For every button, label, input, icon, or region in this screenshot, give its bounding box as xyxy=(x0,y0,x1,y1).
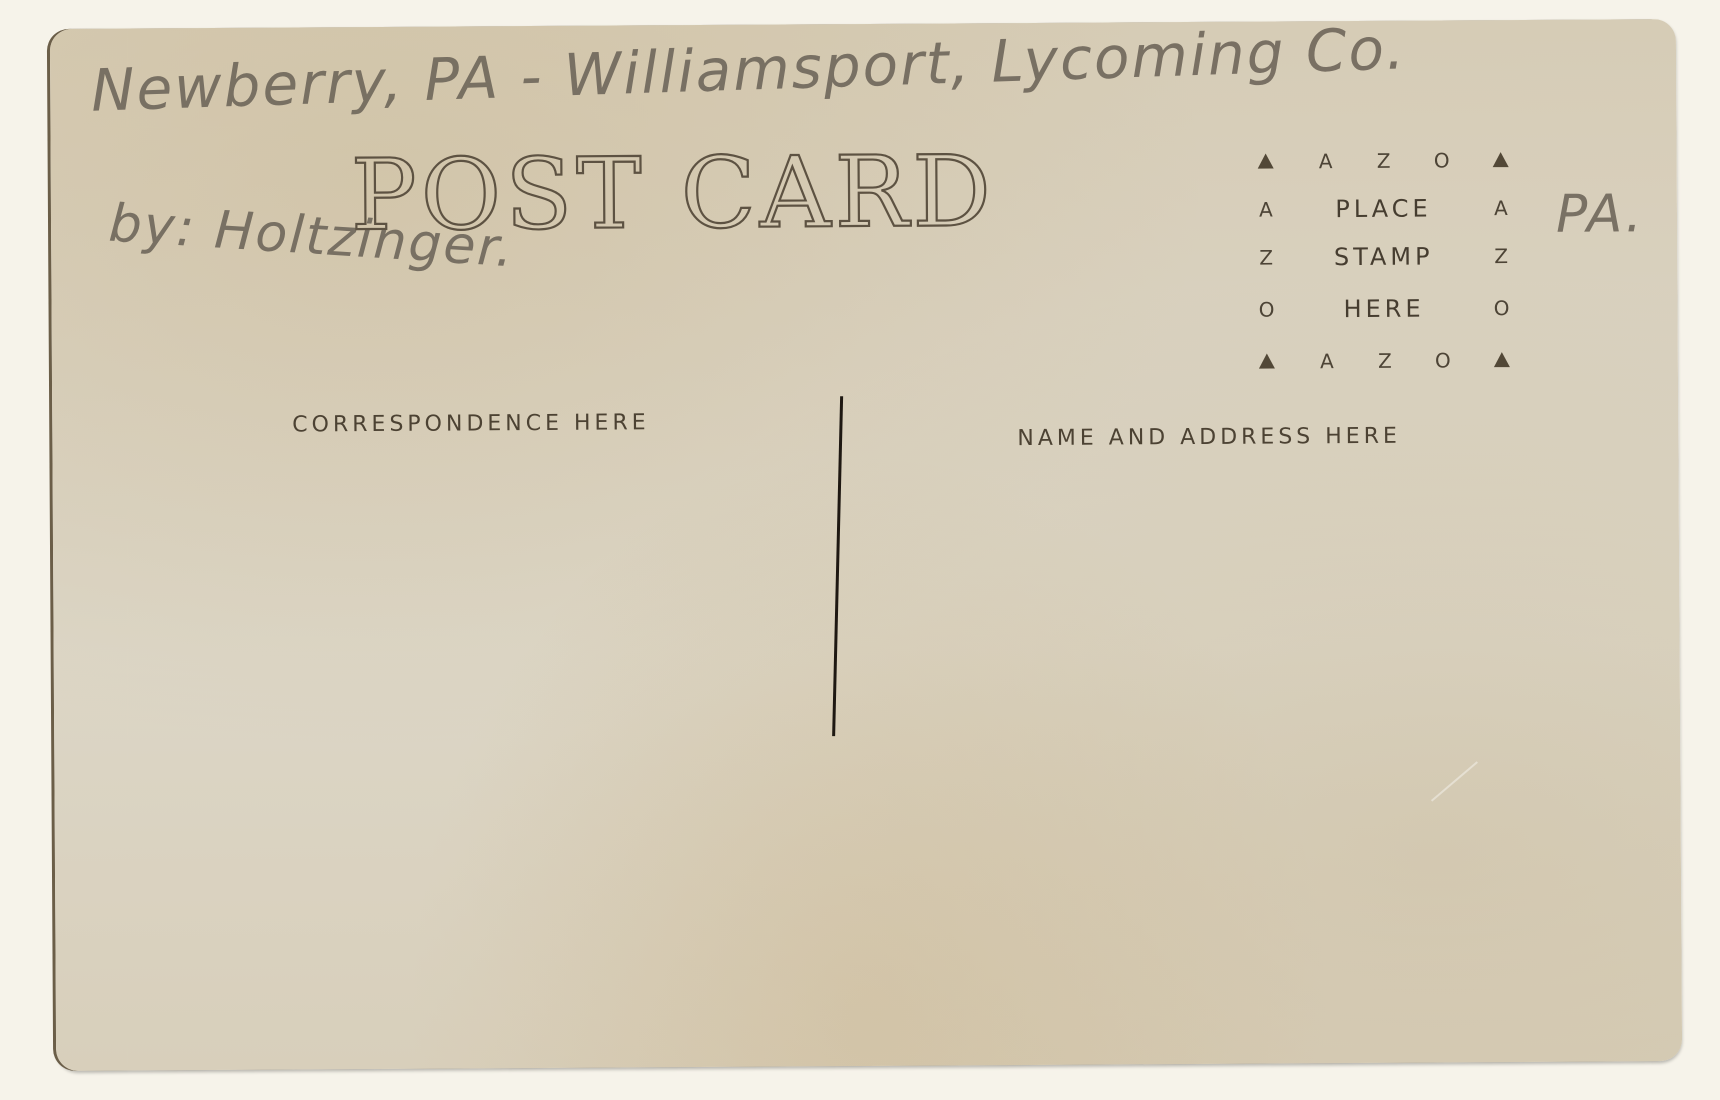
triangle-icon xyxy=(1259,353,1275,368)
stamp-word-stamp: STAMP xyxy=(1296,236,1471,277)
stamp-glyph: Z xyxy=(1370,341,1400,381)
stamp-glyph: A xyxy=(1486,188,1516,228)
stamp-box-row-place: A PLACE A xyxy=(1251,188,1516,230)
stamp-glyph: Z xyxy=(1369,141,1399,181)
stamp-box-row-here: O HERE O xyxy=(1251,288,1516,330)
handwritten-location: Newberry, PA - Williamsport, Lycoming Co… xyxy=(90,14,1407,124)
stamp-glyph: O xyxy=(1428,340,1458,380)
center-divider-line xyxy=(832,396,843,736)
handwritten-state-note: PA. xyxy=(1556,184,1644,245)
stamp-glyph: A xyxy=(1311,141,1341,181)
stamp-box: A Z O A PLACE A Z STAMP Z O HERE O A Z O xyxy=(1251,140,1518,392)
stamp-glyph: O xyxy=(1251,289,1281,329)
stamp-glyph: O xyxy=(1486,288,1516,328)
triangle-icon xyxy=(1258,154,1274,169)
post-card-heading: POST CARD xyxy=(351,143,996,245)
triangle-icon xyxy=(1494,352,1510,367)
stamp-glyph: A xyxy=(1312,341,1342,381)
stamp-glyph: Z xyxy=(1251,237,1281,277)
stamp-glyph: A xyxy=(1251,189,1281,229)
stamp-glyph: O xyxy=(1427,140,1457,180)
stamp-glyph: Z xyxy=(1486,236,1516,276)
postcard-back: Newberry, PA - Williamsport, Lycoming Co… xyxy=(50,19,1682,1071)
stamp-box-row-stamp: Z STAMP Z xyxy=(1251,236,1516,278)
address-label: NAME AND ADDRESS HERE xyxy=(1017,424,1401,451)
triangle-icon xyxy=(1493,152,1509,167)
stamp-word-here: HERE xyxy=(1296,288,1471,329)
stamp-word-place: PLACE xyxy=(1296,188,1471,229)
correspondence-label: CORRESPONDENCE HERE xyxy=(292,410,649,437)
stamp-box-bottom-row: A Z O xyxy=(1252,340,1517,382)
stamp-box-top-row: A Z O xyxy=(1251,140,1516,182)
paper-crease xyxy=(1431,761,1478,801)
